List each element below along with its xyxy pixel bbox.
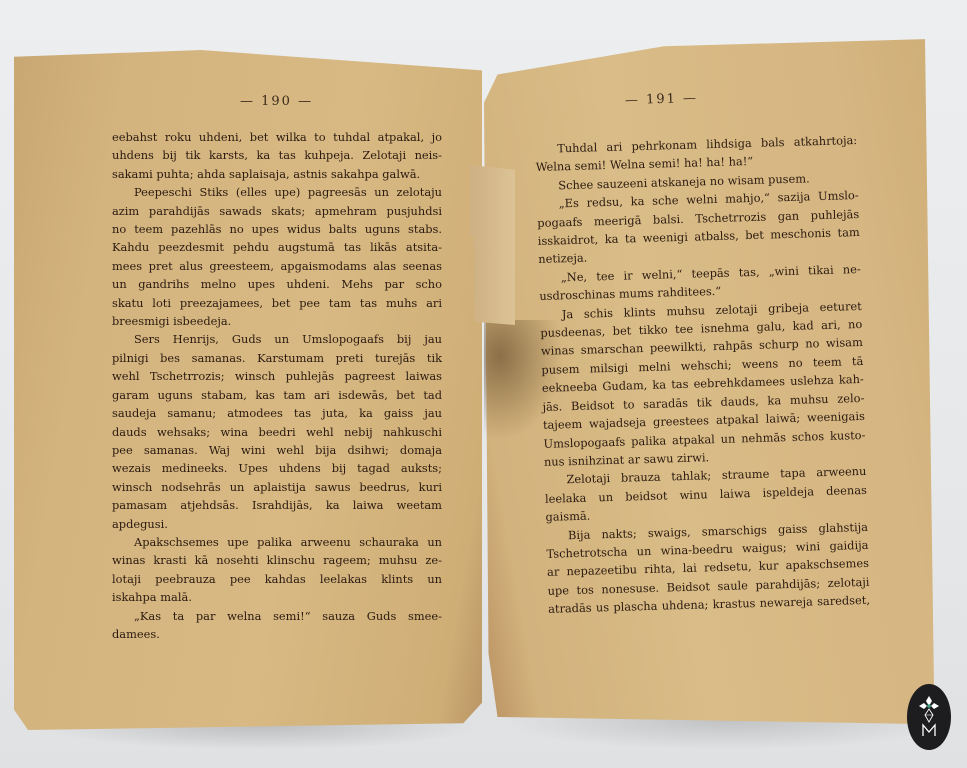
torn-page-fragment (470, 165, 515, 325)
text-line: mees pret alus greesteem, apgaismodams a… (112, 257, 442, 275)
text-line: wezais medineeks. Upes uhdens bij tagad … (112, 459, 442, 477)
text-line: winsch nodsehrās un aplaistija sawus bee… (112, 478, 442, 496)
left-page-text: eebahst roku uhdeni, bet wilka to tuhdal… (112, 128, 442, 643)
text-line: pee samanas. Waj wini wehl bija dsihwi; … (112, 441, 442, 459)
text-line: Sers Henrijs, Guds un Umslopogaafs bij j… (112, 330, 442, 348)
text-line: breesmigi isbeedeja. (112, 312, 442, 330)
right-page-text: Tuhdal ari pehrkonam lihdsiga bals atkah… (535, 131, 870, 618)
text-line: pamasam atjehdsās. Israhdijās, ka laiwa … (112, 496, 442, 514)
text-line: Apakschsemes upe palika arweenu schaurak… (112, 533, 442, 551)
text-line: „Kas ta par welna semi!“ sauza Guds smee… (112, 607, 442, 625)
text-line: pilnigi bes samanas. Karstumam preti tur… (112, 349, 442, 367)
text-line: saudeja samanu; atmodees tas juta, ka ga… (112, 404, 442, 422)
text-line: eebahst roku uhdeni, bet wilka to tuhdal… (112, 128, 442, 146)
text-line: dauds wehsaks; wina beedri wehl nebij na… (112, 423, 442, 441)
text-line: Peepeschi Stiks (elles upe) pagreesās un… (112, 183, 442, 201)
text-line: lotaji peebrauza pee kahdas leelakas kli… (112, 570, 442, 588)
text-line: sakami puhta; ahda saplaisaja, astnis sa… (112, 165, 442, 183)
text-line: skatu loti preezajamees, bet pee tam tas… (112, 294, 442, 312)
text-line: winas krasti kā nosehti klinschu rageem;… (112, 551, 442, 569)
text-line: damees. (112, 625, 442, 643)
text-line: garam uguns stabam, kas tam ari isdewās,… (112, 386, 442, 404)
text-line: wehl Tschetrrozis; winsch puhlejās pagre… (112, 367, 442, 385)
left-page-number: — 190 — (240, 94, 313, 109)
text-line: un gandrihs melno upes uhdeni. Mehs par … (112, 275, 442, 293)
text-line: uhdens bij tik karsts, ka tas kuhpeja. Z… (112, 146, 442, 164)
ornament-monogram-icon (914, 692, 944, 742)
text-line: apdegusi. (112, 515, 442, 533)
watermark-logo (907, 684, 951, 750)
text-line: no teem pazehlās no upes widus balts ugu… (112, 220, 442, 238)
text-line: azim parahdijās sawads skats; apmehram p… (112, 202, 442, 220)
text-line: Kahdu peezdesmit pehdu augstumā tas likā… (112, 238, 442, 256)
right-page-number: — 191 — (625, 91, 699, 109)
text-line: iskahpa malā. (112, 588, 442, 606)
